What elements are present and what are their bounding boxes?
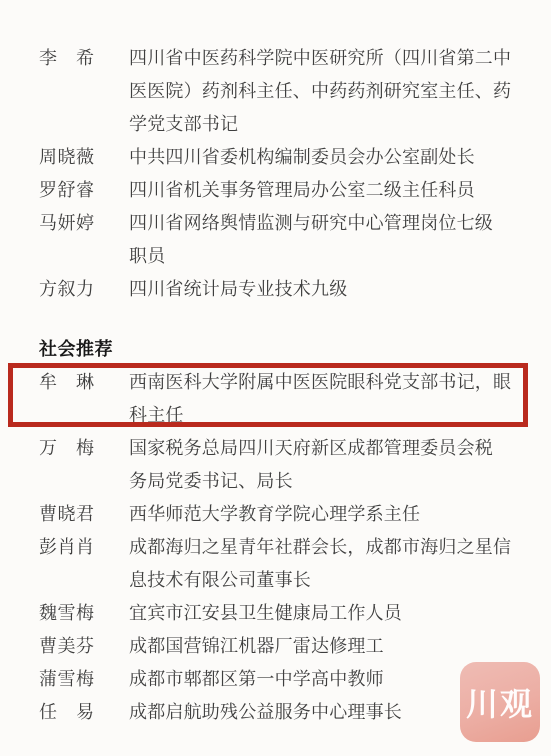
entry-name: 马妍婷: [39, 207, 97, 240]
entry-description: 国家税务总局四川天府新区成都管理委员会税 务局党委书记、局长: [129, 432, 527, 498]
list-entry: 曹美芬 成都国营锦江机器厂雷达修理工: [0, 630, 551, 663]
entry-name: 方叙力: [39, 273, 97, 306]
watermark-label: 川观: [466, 679, 534, 725]
entry-name: 魏雪梅: [39, 597, 97, 630]
entry-name: 牟 琳: [39, 366, 97, 399]
entry-description: 四川省中医药科学院中医研究所（四川省第二中 医医院）药剂科主任、中药药剂研究室主…: [129, 42, 527, 141]
recommendation-list: 李 希 四川省中医药科学院中医研究所（四川省第二中 医医院）药剂科主任、中药药剂…: [0, 42, 551, 729]
entry-name: 曹晓君: [39, 498, 97, 531]
list-entry: 万 梅 国家税务总局四川天府新区成都管理委员会税 务局党委书记、局长: [0, 432, 551, 498]
list-entry: 曹晓君 西华师范大学教育学院心理学系主任: [0, 498, 551, 531]
document-page: 李 希 四川省中医药科学院中医研究所（四川省第二中 医医院）药剂科主任、中药药剂…: [0, 0, 551, 756]
entry-description: 宜宾市江安县卫生健康局工作人员: [129, 597, 527, 630]
entry-description: 成都国营锦江机器厂雷达修理工: [129, 630, 527, 663]
entry-description: 四川省网络舆情监测与研究中心管理岗位七级 职员: [129, 207, 527, 273]
list-entry: 罗舒睿 四川省机关事务管理局办公室二级主任科员: [0, 174, 551, 207]
entry-name: 罗舒睿: [39, 174, 97, 207]
list-entry: 李 希 四川省中医药科学院中医研究所（四川省第二中 医医院）药剂科主任、中药药剂…: [0, 42, 551, 141]
entry-name: 任 易: [39, 696, 97, 729]
entry-name: 周晓薇: [39, 141, 97, 174]
entry-description: 西南医科大学附属中医医院眼科党支部书记，眼 科主任: [129, 366, 527, 432]
entry-description: 中共四川省委机构编制委员会办公室副处长: [129, 141, 527, 174]
list-entry-highlighted: 牟 琳 西南医科大学附属中医医院眼科党支部书记，眼 科主任: [0, 366, 551, 432]
entry-description: 四川省统计局专业技术九级: [129, 273, 527, 306]
list-entry: 马妍婷 四川省网络舆情监测与研究中心管理岗位七级 职员: [0, 207, 551, 273]
entry-name: 曹美芬: [39, 630, 97, 663]
list-entry: 魏雪梅 宜宾市江安县卫生健康局工作人员: [0, 597, 551, 630]
entry-description: 西华师范大学教育学院心理学系主任: [129, 498, 527, 531]
section-heading-social-recommendation: 社会推荐: [0, 333, 551, 366]
list-entry: 方叙力 四川省统计局专业技术九级: [0, 273, 551, 306]
entry-name: 李 希: [39, 42, 97, 75]
list-entry: 周晓薇 中共四川省委机构编制委员会办公室副处长: [0, 141, 551, 174]
entry-description: 四川省机关事务管理局办公室二级主任科员: [129, 174, 527, 207]
entry-name: 万 梅: [39, 432, 97, 465]
entry-description: 成都海归之星青年社群会长，成都市海归之星信 息技术有限公司董事长: [129, 531, 527, 597]
list-entry: 彭肖肖 成都海归之星青年社群会长，成都市海归之星信 息技术有限公司董事长: [0, 531, 551, 597]
entry-name: 蒲雪梅: [39, 663, 97, 696]
entry-name: 彭肖肖: [39, 531, 97, 564]
chuanguan-watermark-badge: 川观: [460, 662, 540, 742]
